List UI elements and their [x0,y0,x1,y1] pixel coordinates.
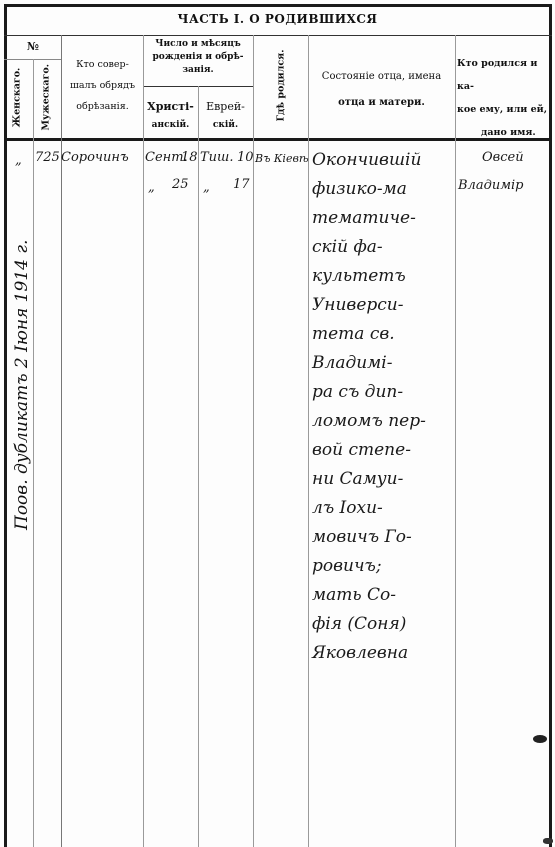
entry-christian-day1: 18 [181,150,198,165]
entry-child-name: Овсей [482,150,524,165]
entry-performer: Сорочинъ [61,150,129,165]
header-performer: Кто совер- шалъ обрядъ обрѣзанія. [62,54,143,117]
header-number: № [4,40,62,54]
header-date-group: Число и мѣсяцъ рожденія и обрѣ- занія. [143,38,253,77]
entry-female-number: „ [15,153,22,168]
col-line-performer [143,35,144,847]
entry-male-number: 725 [35,150,60,165]
header-male: Мужескаго. [41,65,52,131]
entry-jewish-day2: 17 [233,177,250,192]
header-child: Кто родился и ка- кое ему, или ей, дано … [455,52,555,144]
ink-blot [533,735,547,743]
entry-jewish-month: Тиш. [200,150,234,165]
header-christian: Христі- анскій. [143,98,198,134]
page-title: ЧАСТЬ I. О РОДИВШИХСЯ [0,12,555,26]
header-parents: Состояніе отца, имена отца и матери. [308,64,455,116]
entry-parents: Окончившій физико-ма тематиче- скій фа- … [312,146,457,668]
ink-blot [543,838,553,844]
col-line-christian [198,86,199,847]
entry-birthplace: Въ Кіевѣ [255,152,309,165]
entry-jewish-day1: 10 [237,150,254,165]
register-page: ЧАСТЬ I. О РОДИВШИХСЯ № Женскаго. Мужеск… [0,0,555,847]
margin-note-duplicate: Поов. дубликатъ 2 Іюня 1914 г. [12,230,32,530]
top-border [4,4,552,7]
left-border [4,4,7,847]
title-divider [4,35,552,36]
entry-child-patronymic: Владимiр [458,178,523,193]
col-line-female-male [33,59,34,847]
header-female: Женскаго. [12,65,23,131]
entry-christian-day2: 25 [172,177,189,192]
entry-jewish-ditto: „ [203,180,210,195]
header-jewish: Еврей- скій. [198,98,253,134]
entry-christian-ditto: „ [148,180,155,195]
header-birthplace: Гдѣ родился. [276,45,287,127]
